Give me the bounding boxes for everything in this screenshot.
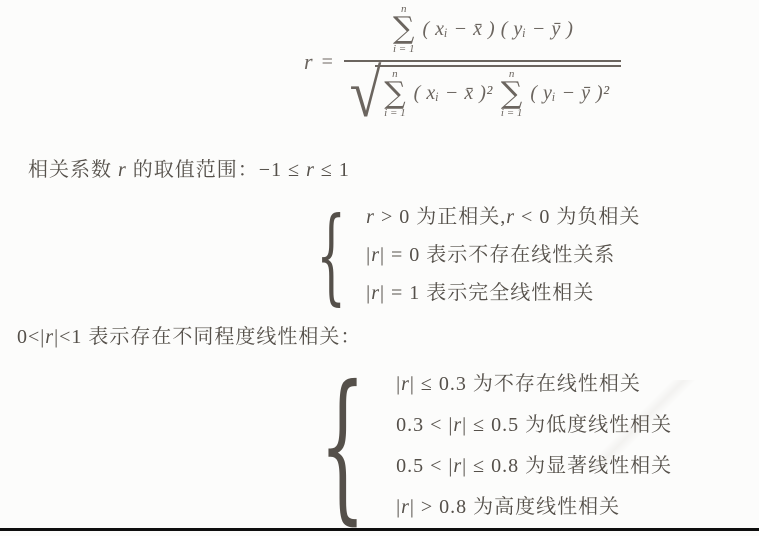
left-brace-icon: { bbox=[319, 365, 365, 527]
radicand: n ∑ i = 1 ( xᵢ − x̄ )² n ∑ i = 1 ( yᵢ − … bbox=[375, 65, 620, 120]
sum-lower-limit: i = 1 bbox=[393, 44, 414, 55]
sum-lower-limit: i = 1 bbox=[501, 108, 522, 119]
sum-lower-limit: i = 1 bbox=[384, 108, 405, 119]
denominator-expression-y: ( yᵢ − ȳ )² bbox=[530, 82, 609, 105]
formula-fraction: n ∑ i = 1 ( xᵢ − x̄ ) ( yᵢ − ȳ ) √ n ∑ i… bbox=[344, 4, 621, 121]
scanned-document-page: r = n ∑ i = 1 ( xᵢ − x̄ ) ( yᵢ − ȳ ) √ n… bbox=[0, 0, 759, 536]
sigma-icon: ∑ bbox=[384, 80, 405, 109]
r-range-statement: 相关系数 r 的取值范围：−1 ≤ r ≤ 1 bbox=[28, 153, 350, 182]
r-degree-statement: 0<|r|<1 表示存在不同程度线性相关： bbox=[17, 320, 361, 349]
equals-sign: = bbox=[322, 51, 332, 74]
formula-denominator: √ n ∑ i = 1 ( xᵢ − x̄ )² n ∑ i = 1 ( yᵢ … bbox=[344, 65, 621, 121]
bottom-rule bbox=[0, 528, 759, 531]
sigma-icon: ∑ bbox=[501, 80, 522, 109]
correlation-coefficient-formula: r = n ∑ i = 1 ( xᵢ − x̄ ) ( yᵢ − ȳ ) √ n… bbox=[304, 4, 621, 121]
formula-variable-r: r bbox=[304, 49, 313, 75]
case-line: |r| > 0.8 为高度线性相关 bbox=[396, 487, 672, 528]
summation-numerator: n ∑ i = 1 bbox=[393, 4, 414, 55]
square-root-icon: √ bbox=[349, 65, 381, 121]
r-sign-cases-lines: r > 0 为正相关,r < 0 为负相关 |r| = 0 表示不存在线性关系 … bbox=[354, 198, 640, 312]
summation-denominator-y: n ∑ i = 1 bbox=[501, 69, 522, 120]
formula-numerator: n ∑ i = 1 ( xᵢ − x̄ ) ( yᵢ − ȳ ) bbox=[378, 4, 586, 60]
case-line: r > 0 为正相关,r < 0 为负相关 bbox=[366, 198, 640, 236]
sigma-icon: ∑ bbox=[393, 15, 414, 44]
case-line: |r| = 0 表示不存在线性关系 bbox=[366, 236, 640, 274]
scan-artifact bbox=[559, 380, 719, 470]
case-line: |r| = 1 表示完全线性相关 bbox=[366, 274, 640, 312]
denominator-expression-x: ( xᵢ − x̄ )² bbox=[414, 82, 493, 105]
summation-denominator-x: n ∑ i = 1 bbox=[384, 69, 405, 120]
r-sign-cases-group: { r > 0 为正相关,r < 0 为负相关 |r| = 0 表示不存在线性关… bbox=[298, 198, 640, 312]
fraction-bar bbox=[344, 60, 621, 62]
left-brace-icon: { bbox=[316, 203, 346, 307]
numerator-expression: ( xᵢ − x̄ ) ( yᵢ − ȳ ) bbox=[422, 18, 573, 41]
